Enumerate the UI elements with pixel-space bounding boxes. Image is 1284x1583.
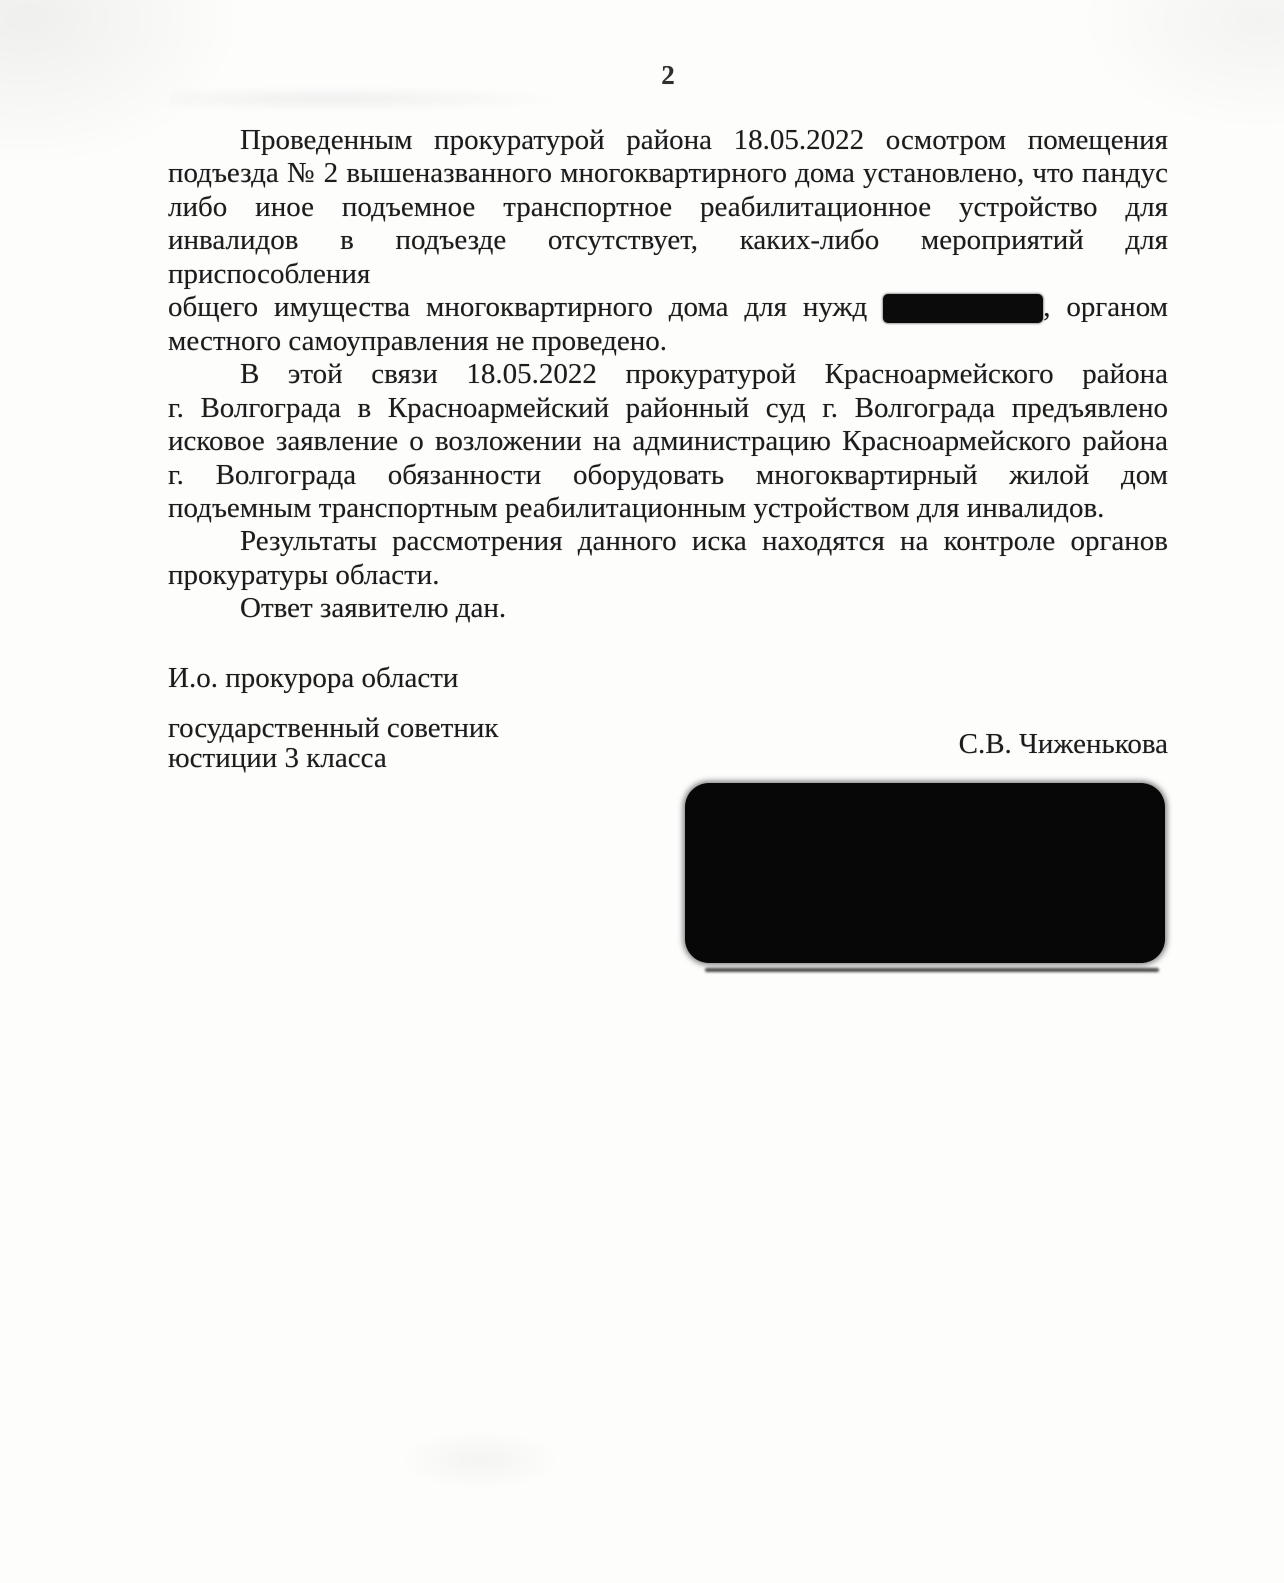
text-segment: , органом — [1043, 291, 1168, 323]
text-line: В этой связи 18.05.2022 прокуратурой Кра… — [168, 358, 1168, 391]
document-page: 2 Проведенным прокуратурой района 18.05.… — [0, 0, 1284, 1583]
paragraph: Проведенным прокуратурой района 18.05.20… — [168, 124, 1168, 358]
signer-name: С.В. Чиженькова — [959, 728, 1168, 761]
text-line: Ответ заявителю дан. — [168, 592, 1168, 625]
document-body: Проведенным прокуратурой района 18.05.20… — [168, 124, 1168, 626]
scan-artifact — [400, 1430, 560, 1490]
redacted-text-bar — [883, 294, 1043, 323]
paragraph: Ответ заявителю дан. — [168, 592, 1168, 625]
signature-block: И.о. прокурора области государственный с… — [168, 662, 1168, 775]
text-line: исковое заявление о возложении на админи… — [168, 425, 1168, 458]
paragraph: В этой связи 18.05.2022 прокуратурой Кра… — [168, 358, 1168, 525]
text-line: Результаты рассмотрения данного иска нах… — [168, 525, 1168, 558]
text-line: Проведенным прокуратурой района 18.05.20… — [168, 124, 1168, 157]
page-number: 2 — [168, 60, 1168, 91]
signer-role: И.о. прокурора области — [168, 662, 1168, 695]
text-line-with-redaction: общего имущества многоквартирного дома д… — [168, 291, 1168, 324]
text-line: подъемным транспортным реабилитационным … — [168, 492, 1168, 525]
text-segment: общего имущества многоквартирного дома д… — [168, 291, 867, 323]
redacted-stamp-block — [685, 783, 1165, 963]
text-line: г. Волгограда в Красноармейский районный… — [168, 392, 1168, 425]
text-line: инвалидов в подъезде отсутствует, каких-… — [168, 224, 1168, 291]
text-line: подъезда № 2 вышеназванного многоквартир… — [168, 157, 1168, 190]
text-line: г. Волгограда обязанности оборудовать мн… — [168, 459, 1168, 492]
text-line: местного самоуправления не проведено. — [168, 325, 1168, 358]
text-line: либо иное подъемное транспортное реабили… — [168, 191, 1168, 224]
text-line: прокуратуры области. — [168, 559, 1168, 592]
paragraph: Результаты рассмотрения данного иска нах… — [168, 525, 1168, 592]
